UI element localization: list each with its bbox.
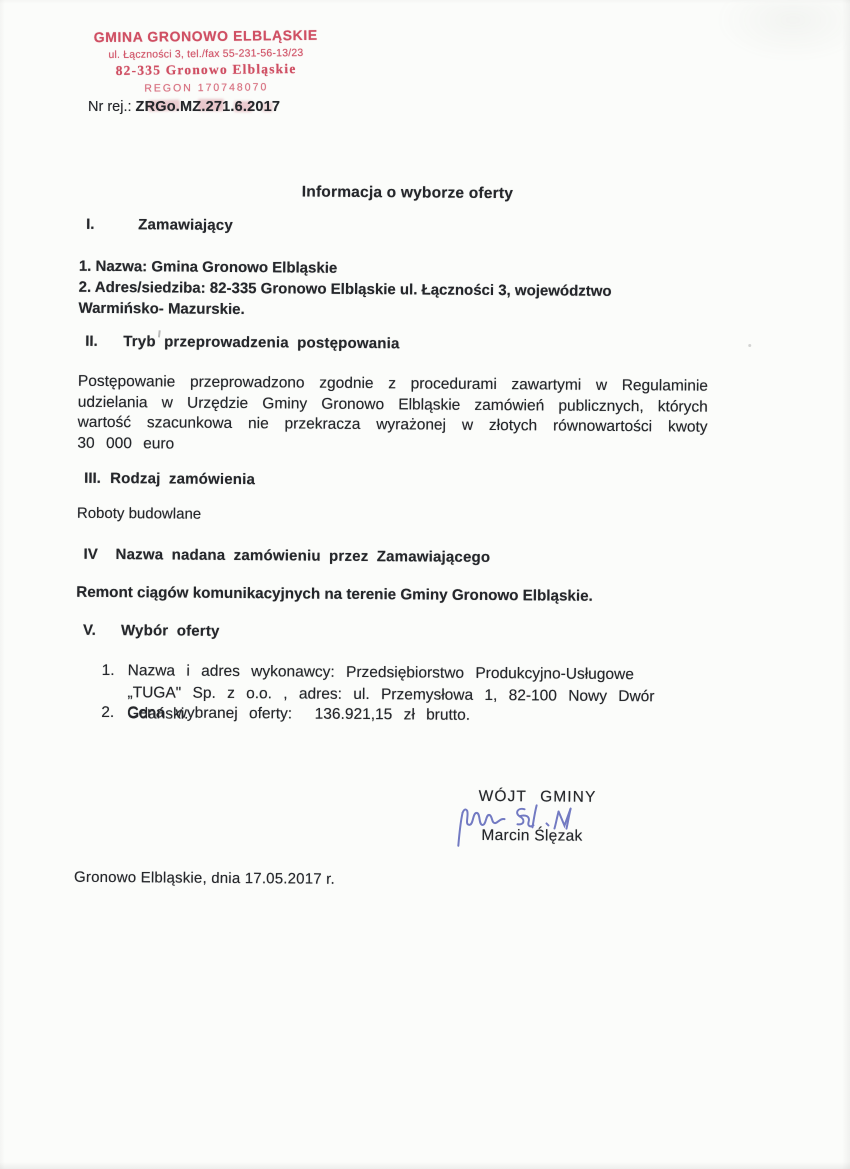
section-numeral: I.	[86, 216, 138, 233]
order-name-value: Remont ciągów komunikacyjnych na terenie…	[76, 582, 593, 607]
section-title: Tryb przeprowadzenia postępowania	[123, 333, 399, 352]
section-heading-wybor: V.Wybór oferty	[83, 622, 220, 640]
section-numeral: III.	[84, 470, 110, 487]
offer-price: Cena wybranej oferty: 136.921,15 zł brut…	[127, 702, 692, 728]
section-numeral: V.	[83, 622, 121, 639]
register-number-label: Nr rej.:	[88, 99, 132, 115]
section-title: Zamawiający	[138, 216, 233, 234]
section-numeral: IV	[84, 546, 116, 563]
list-number: 2.	[101, 702, 127, 724]
scanned-document-page: GMINA GRONOWO ELBLĄSKIE ul. Łączności 3,…	[0, 0, 850, 1169]
zamawiajacy-details: 1. Nazwa: Gmina Gronowo Elbląskie 2. Adr…	[78, 256, 693, 324]
tryb-paragraph: Postępowanie przeprowadzono zgodnie z pr…	[77, 372, 708, 459]
register-number-value: ZRGo.MZ.271.6.2017	[136, 99, 281, 115]
signature-name: Marcin Ślęzak	[481, 827, 582, 846]
section-heading-zamawiajacy: I.Zamawiający	[86, 216, 233, 234]
scan-speck	[748, 344, 751, 347]
section-numeral: II.	[85, 333, 123, 350]
place-date-line: Gronowo Elbląskie, dnia 17.05.2017 r.	[74, 869, 335, 888]
document-body: Informacja o wyborze oferty I.Zamawiając…	[0, 0, 850, 1169]
buyer-address-line: 2. Adres/siedziba: 82-335 Gronowo Elbląs…	[78, 277, 693, 324]
section-heading-nazwa: IVNazwa nadana zamówieniu przez Zamawiaj…	[84, 546, 491, 566]
section-heading-tryb: II.Tryb przeprowadzenia postępowania	[85, 333, 399, 352]
section-title: Nazwa nadana zamówieniu przez Zamawiając…	[116, 546, 491, 566]
document-title: Informacja o wyborze oferty	[77, 182, 737, 205]
register-number-line: Nr rej.: ZRGo.MZ.271.6.2017	[88, 99, 280, 115]
section-title: Wybór oferty	[121, 622, 220, 640]
section-title: Rodzaj zamówienia	[110, 470, 255, 488]
section-heading-rodzaj: III.Rodzaj zamówienia	[84, 470, 255, 488]
rodzaj-value: Roboty budowlane	[77, 503, 201, 525]
